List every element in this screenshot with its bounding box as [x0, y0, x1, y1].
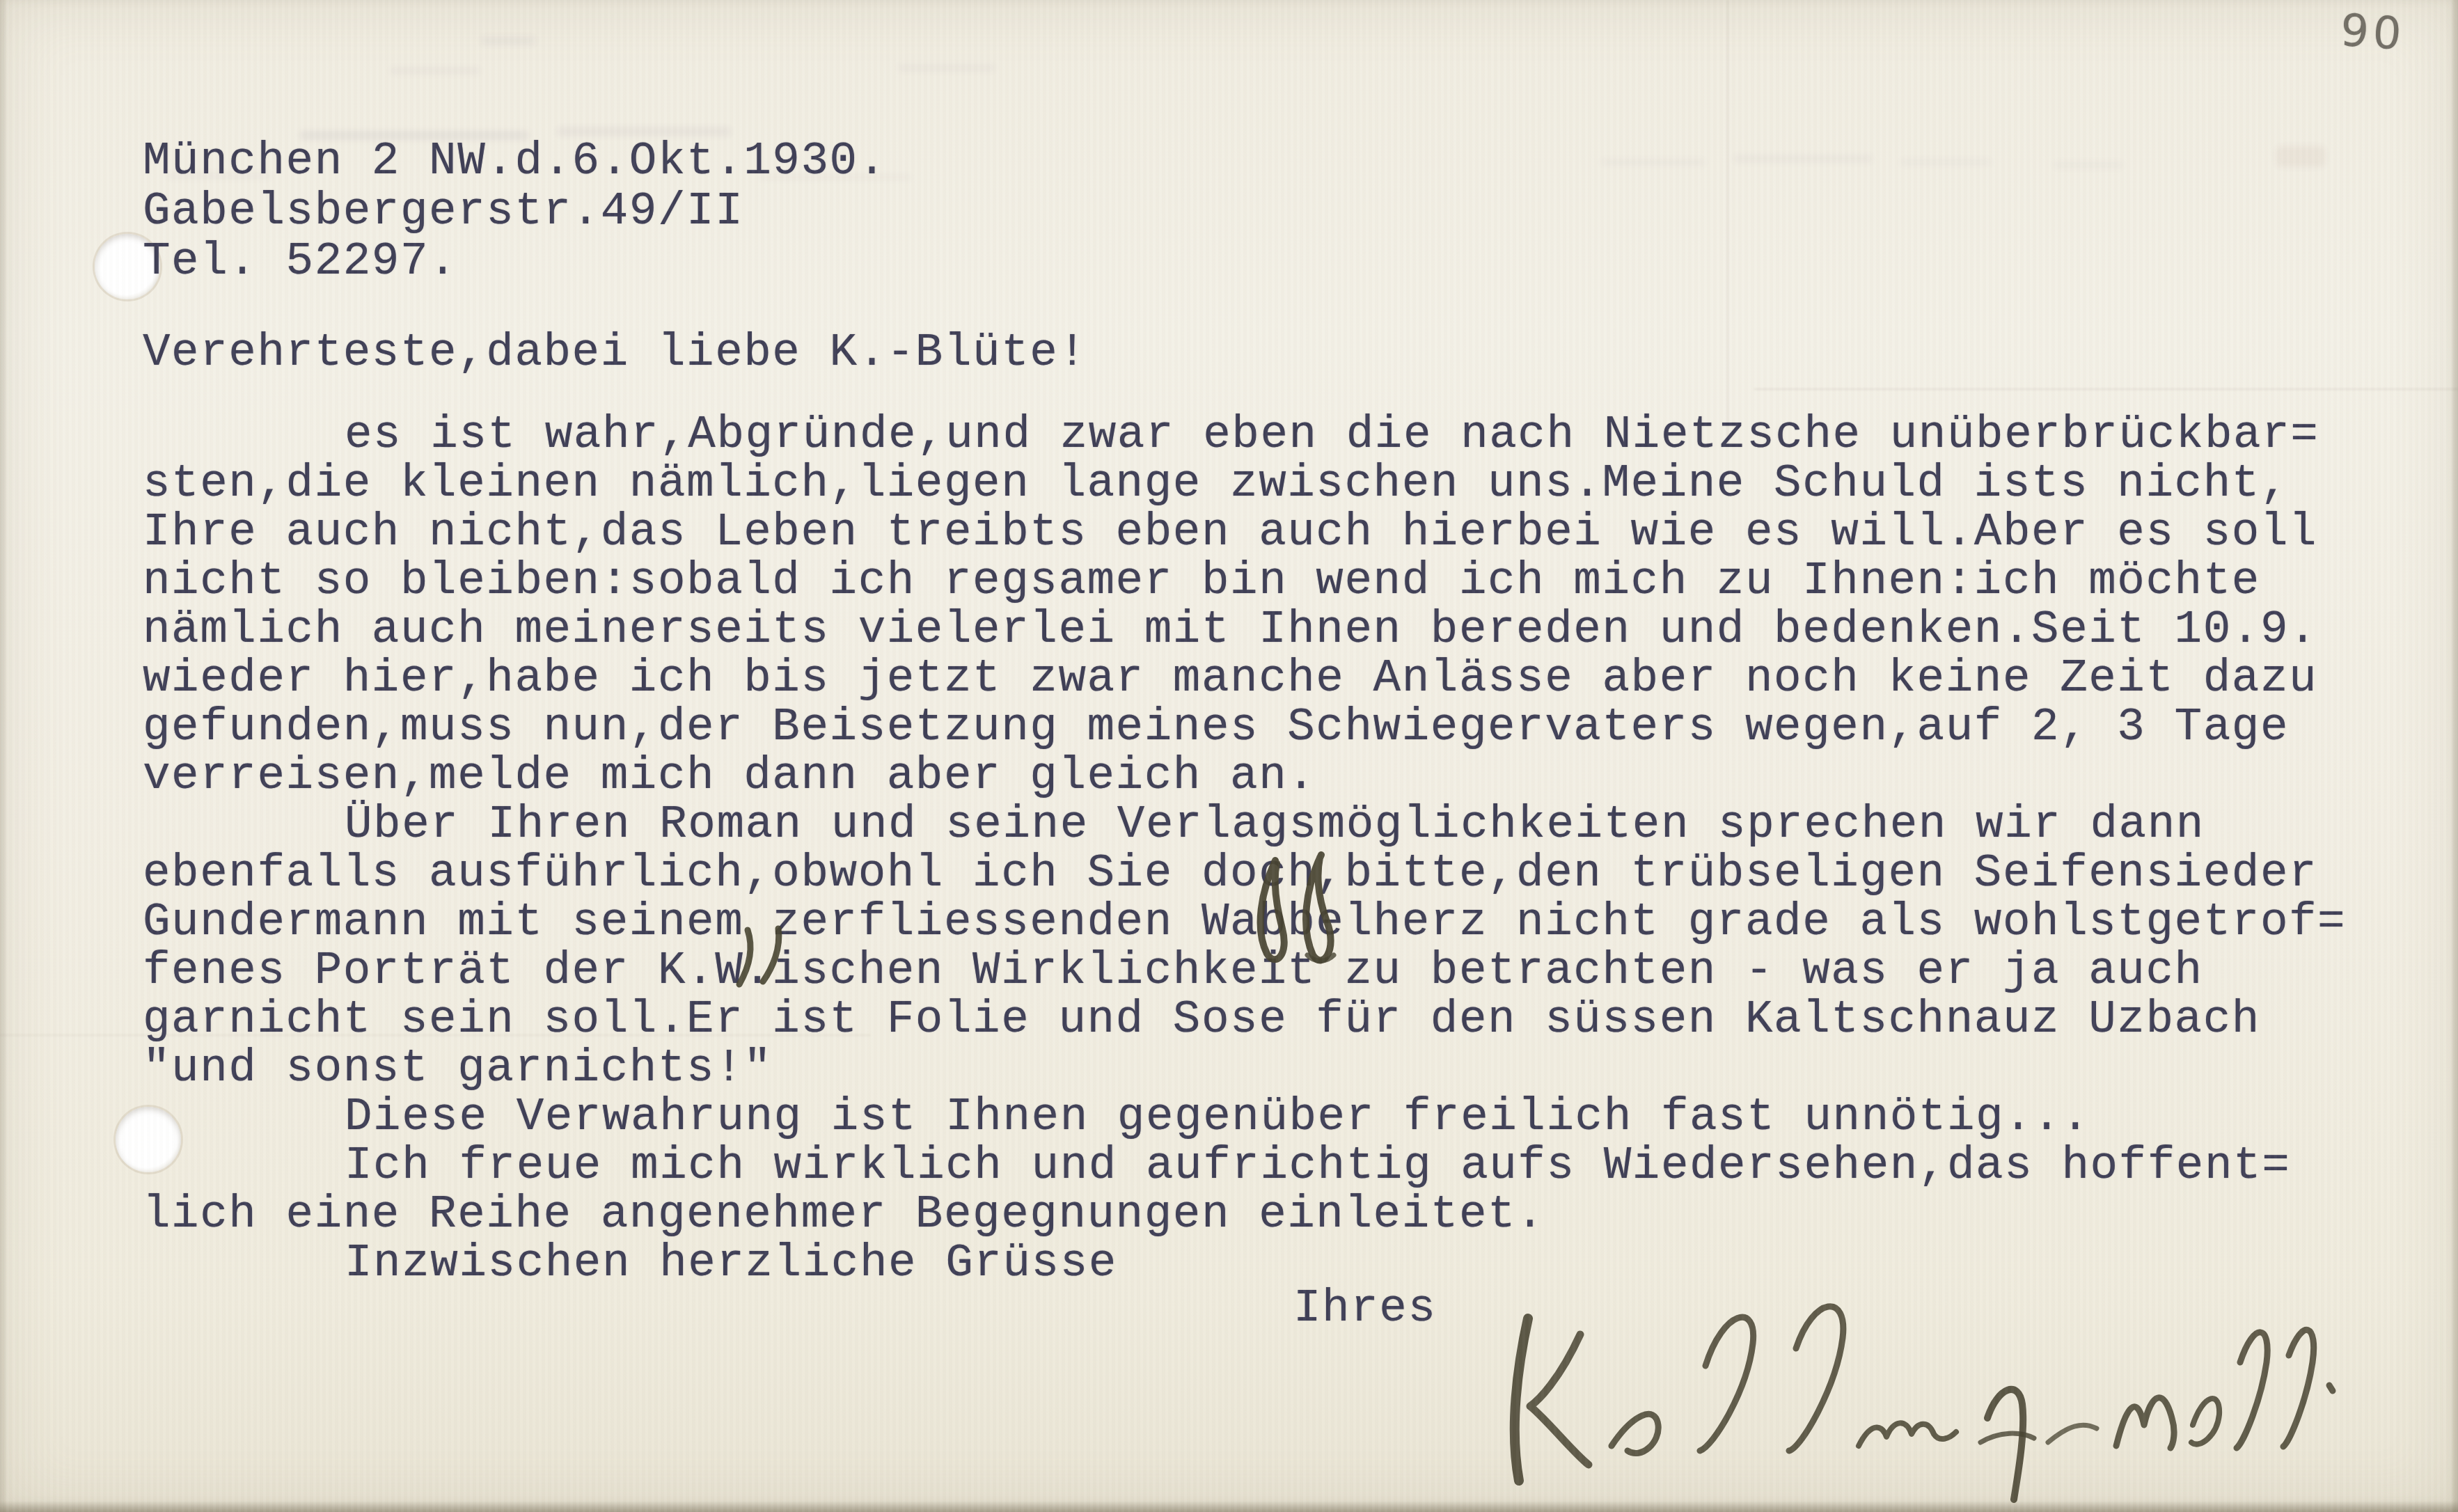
ink-apostrophe-mark [759, 924, 789, 987]
closing-pronoun: Ihres [1293, 1282, 1437, 1334]
body-line: Ich freue mich wirklich und aufrichtig a… [143, 1142, 2419, 1190]
letter-page: 90 München 2 NW.d.6.Okt.1930. Gabelsberg… [0, 0, 2458, 1512]
letterhead: München 2 NW.d.6.Okt.1930. Gabelsbergers… [143, 136, 887, 287]
bleed-through-smudge [2054, 162, 2123, 168]
body-line: Diese Verwahrung ist Ihnen gegenüber fre… [143, 1093, 2419, 1142]
body-line: "und sonst garnichts!" [143, 1044, 2419, 1093]
signature-handwritten [1469, 1282, 2339, 1505]
body-line: verreisen,melde mich dann aber gleich an… [143, 752, 2419, 801]
bleed-through-smudge [1900, 159, 1991, 166]
salutation-line: Verehrteste,dabei liebe K.-Blüte! [143, 329, 1087, 377]
body-line: Über Ihren Roman und seine Verlagsmöglic… [143, 801, 2419, 849]
scan-edge [2450, 0, 2458, 1512]
body-line: nämlich auch meinerseits vielerlei mit I… [143, 606, 2419, 654]
bleed-through-smudge [390, 67, 480, 74]
body-line: Inzwischen herzliche Grüsse [143, 1239, 2419, 1288]
body-line: gefunden,muss nun,der Beisetzung meines … [143, 703, 2419, 752]
pencil-page-number: 90 [2339, 5, 2407, 61]
letterhead-street: Gabelsbergerstr.49/II [143, 187, 887, 237]
letterhead-place-date: München 2 NW.d.6.Okt.1930. [143, 136, 887, 187]
letterhead-phone: Tel. 52297. [143, 237, 887, 287]
scan-edge [0, 1501, 2458, 1512]
letter-body: es ist wahr,Abgründe,und zwar eben die n… [143, 411, 2419, 1288]
bleed-through-smudge [2276, 146, 2325, 167]
bleed-through-smudge [480, 36, 536, 45]
paper-crease [1727, 0, 1728, 446]
paper-crease [1754, 388, 2458, 390]
bleed-through-smudge [1601, 159, 1705, 166]
body-line: es ist wahr,Abgründe,und zwar eben die n… [143, 411, 2419, 459]
body-line: Ihre auch nicht,das Leben treibts eben a… [143, 508, 2419, 557]
body-line: wieder hier,habe ich bis jetzt zwar manc… [143, 654, 2419, 703]
bleed-through-smudge [1733, 155, 1873, 163]
scan-edge [0, 0, 7, 1512]
body-line: lich eine Reihe angenehmer Begegnungen e… [143, 1190, 2419, 1239]
ink-scribble-66 [1246, 851, 1350, 979]
body-line: garnicht sein soll.Er ist Folie und Sose… [143, 995, 2419, 1044]
body-line: sten,die kleinen nämlich,liegen lange zw… [143, 459, 2419, 508]
bleed-through-smudge [898, 64, 995, 72]
body-line: nicht so bleiben:sobald ich regsamer bin… [143, 557, 2419, 606]
